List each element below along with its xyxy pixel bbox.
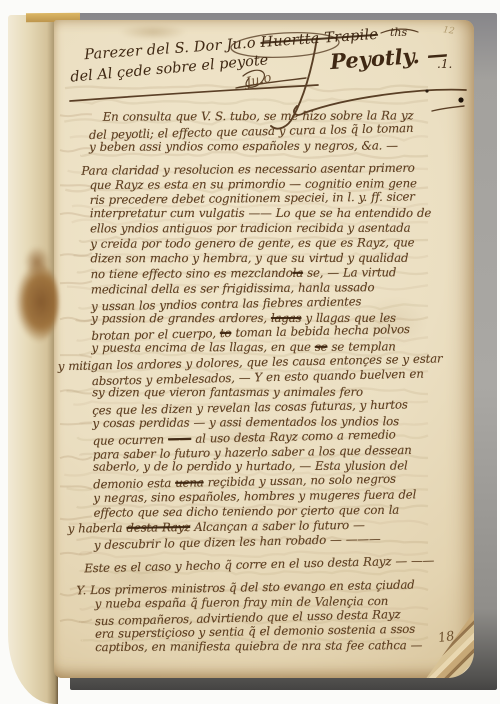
page-number: 18	[437, 629, 455, 646]
manuscript-paragraph: Para claridad y resolucion es necessario…	[89, 159, 456, 551]
stain-mark	[24, 246, 50, 278]
manuscript-text-segment: to	[220, 326, 232, 340]
manuscript-text-segment: se	[315, 340, 328, 354]
manuscript-paragraph: Y. Los primeros ministros q̃ del sto eva…	[94, 577, 457, 656]
manuscript-text-segment: lagas	[271, 311, 301, 325]
manuscript-paragraph: En consulta que V. S. tubo, se me hizo s…	[89, 107, 452, 156]
manuscript-line: Este es el caso y hecho q̃ corre en el u…	[84, 553, 456, 576]
manuscript-paragraph: Este es el caso y hecho q̃ corre en el u…	[94, 555, 456, 574]
manuscript-line: interpretatur cum vulgatis —— Lo que se …	[90, 206, 452, 221]
manuscript-text-segment: toman la bebida hecha polvos	[231, 323, 410, 341]
manuscript-text-segment: ——	[168, 431, 192, 446]
manuscript-text-segment: y puesta encima de las llagas, en que	[92, 340, 315, 355]
manuscript-photo: Parezer del S. Dor Ju.o Huertta Trapile …	[0, 0, 500, 704]
manuscript-text-segment: no tiene effecto sino es mezclando	[91, 266, 293, 281]
manuscript-text-segment: y passion de grandes ardores,	[91, 311, 271, 325]
manuscript-line: ellos yndios antiguos por tradicion reci…	[90, 221, 452, 237]
manuscript-text-segment: desta Rayz	[126, 520, 190, 535]
manuscript-text-block: En consulta que V. S. tubo, se me hizo s…	[89, 107, 458, 665]
manuscript-text-segment: la	[293, 266, 303, 280]
manuscript-text-segment: se, — La virtud	[303, 265, 396, 280]
manuscript-text-segment: que ocurren	[93, 432, 169, 448]
corner-mark: 12	[442, 25, 455, 36]
title-number: .1.	[437, 57, 452, 71]
manuscript-text-segment: y haberla	[68, 521, 127, 536]
manuscript-line: captibos, en manifiesta quiebra de nra s…	[95, 638, 457, 655]
manuscript-text-segment: uena	[175, 476, 204, 491]
stain-mark	[118, 24, 188, 40]
manuscript-line: y beben assi yndios como españoles y neg…	[89, 138, 451, 155]
manuscript-line: y creida por todo genero de gente, es qu…	[90, 235, 452, 251]
manuscript-line: dizen son macho y hembra, y que su virtu…	[90, 251, 452, 266]
book-binding-edge	[8, 15, 58, 704]
title-superscript: ths	[390, 26, 407, 39]
